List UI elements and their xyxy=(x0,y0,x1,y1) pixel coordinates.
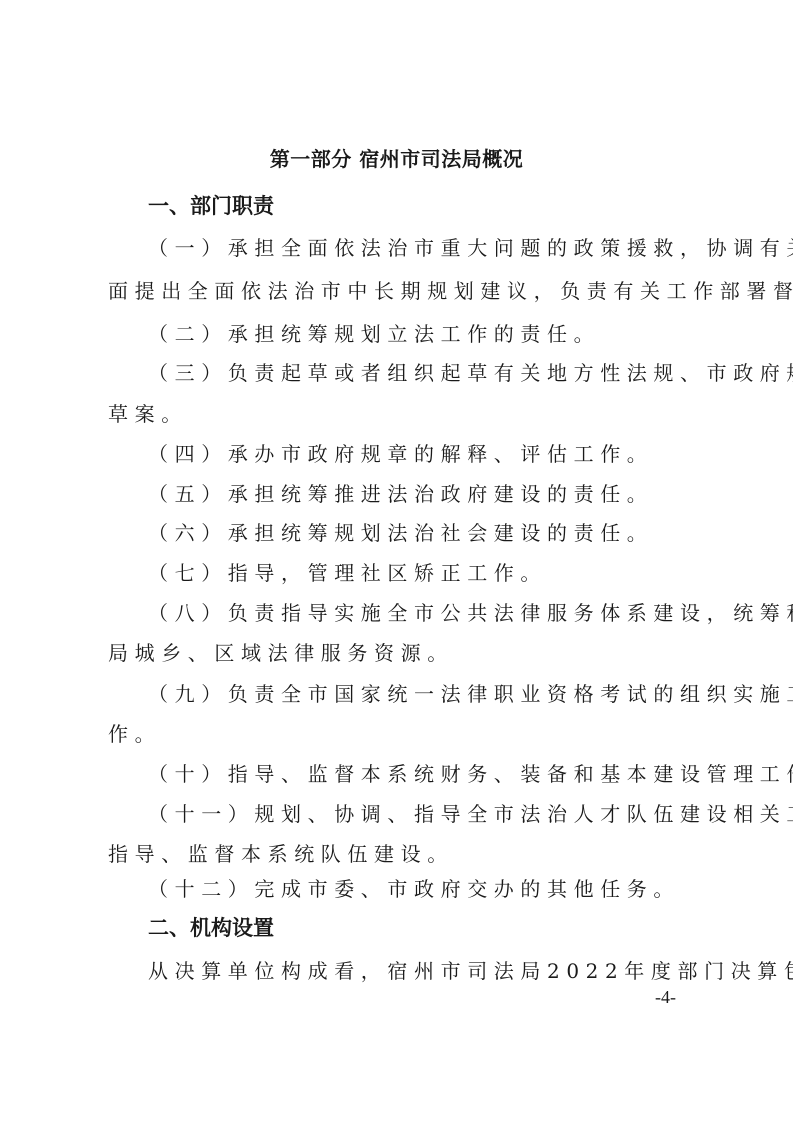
duty-item-5: （五）承担统筹推进法治政府建设的责任。 xyxy=(148,478,738,507)
document-page: 第一部分 宿州市司法局概况 一、部门职责 （一）承担全面依法治市重大问题的政策援… xyxy=(0,0,793,1122)
duty-item-8-line2: 局城乡、区域法律服务资源。 xyxy=(108,637,698,666)
duty-item-6: （六）承担统筹规划法治社会建设的责任。 xyxy=(148,517,738,546)
page-number: -4- xyxy=(655,987,676,1008)
page-title: 第一部分 宿州市司法局概况 xyxy=(0,143,793,172)
duty-item-9-line1: （九）负责全市国家统一法律职业资格考试的组织实施工 xyxy=(148,678,738,707)
duty-item-1-line1: （一）承担全面依法治市重大问题的政策援救，协调有关方 xyxy=(148,232,738,261)
duty-item-9-line2: 作。 xyxy=(108,718,698,747)
section-heading-organization: 二、机构设置 xyxy=(148,912,274,942)
duty-item-11-line1: （十一）规划、协调、指导全市法治人才队伍建设相关工作， xyxy=(148,798,738,827)
section-heading-duties: 一、部门职责 xyxy=(148,190,274,220)
duty-item-3-line1: （三）负责起草或者组织起草有关地方性法规、市政府规章 xyxy=(148,357,738,386)
duty-item-12: （十二）完成市委、市政府交办的其他任务。 xyxy=(148,873,738,902)
duty-item-7: （七）指导，管理社区矫正工作。 xyxy=(148,557,738,586)
duty-item-4: （四）承办市政府规章的解释、评估工作。 xyxy=(148,438,738,467)
duty-item-3-line2: 草案。 xyxy=(108,398,698,427)
duty-item-8-line1: （八）负责指导实施全市公共法律服务体系建设，统筹和布 xyxy=(148,597,738,626)
duty-item-11-line2: 指导、监督本系统队伍建设。 xyxy=(108,838,698,867)
organization-text: 从决算单位构成看，宿州市司法局2022年度部门决算包括： xyxy=(148,955,738,984)
duty-item-10: （十）指导、监督本系统财务、装备和基本建设管理工作。 xyxy=(148,758,738,787)
duty-item-1-line2: 面提出全面依法治市中长期规划建议，负责有关工作部署督察。 xyxy=(108,275,698,304)
duty-item-2: （二）承担统筹规划立法工作的责任。 xyxy=(148,318,738,347)
